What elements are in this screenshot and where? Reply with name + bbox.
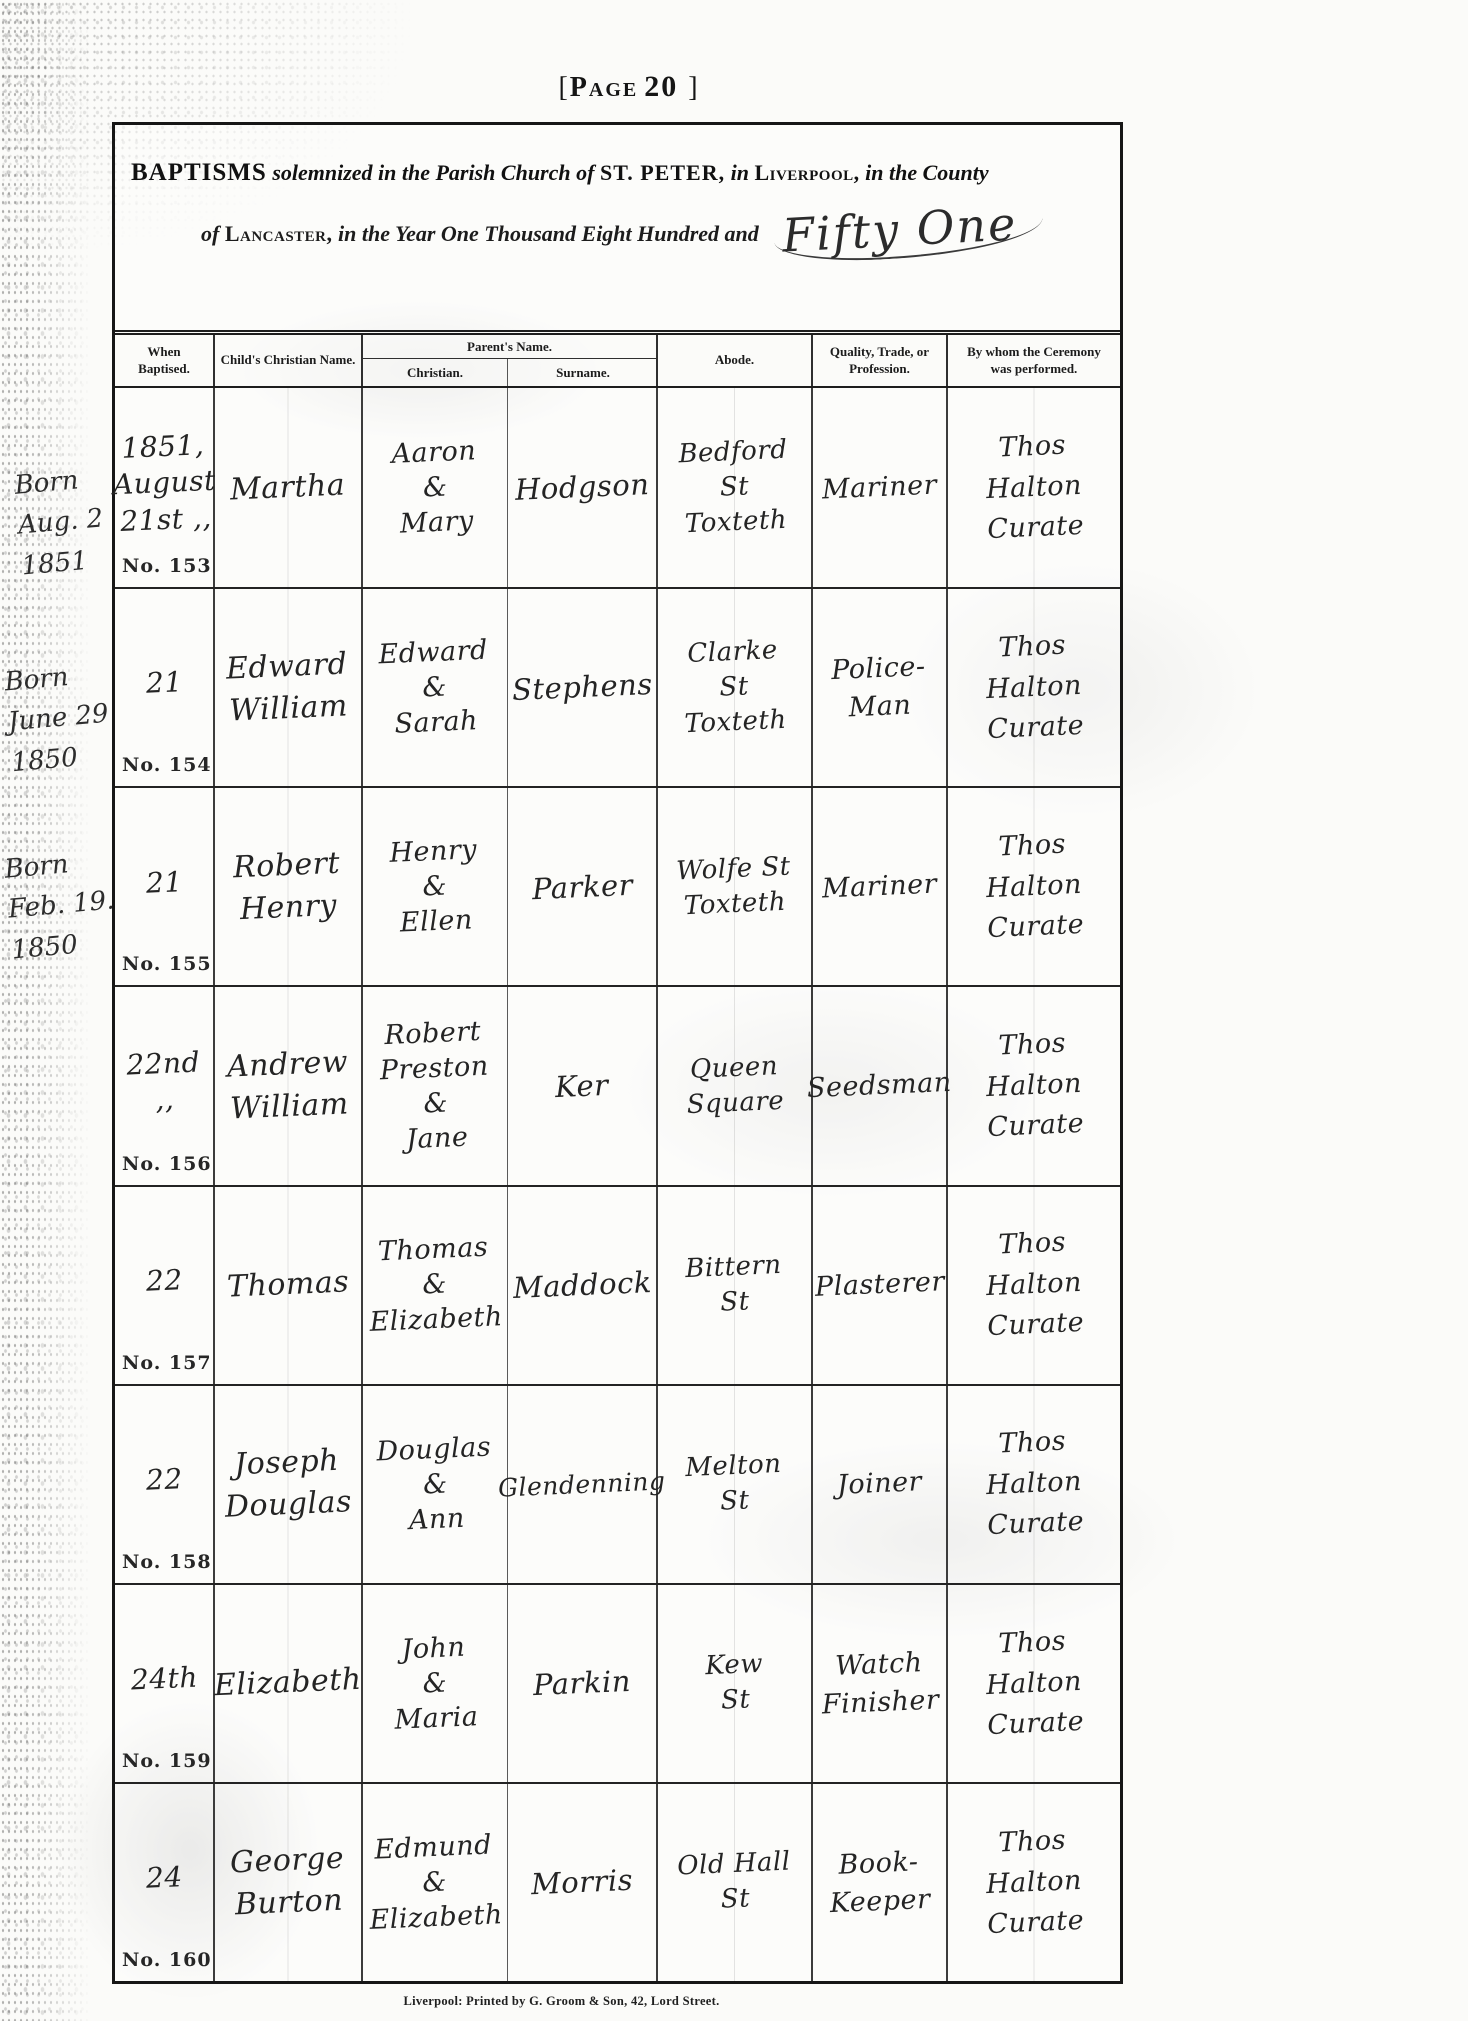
baptism-row-157: 22 No. 157 Thomas Thomas & Elizabeth Mad… — [115, 1185, 1120, 1384]
parent-christian-names: Aaron & Mary — [390, 433, 479, 542]
child-name-cell: Edward William — [215, 589, 363, 786]
surname: Maddock — [512, 1262, 653, 1309]
when-baptised-cell: 21 No. 154 — [115, 589, 215, 786]
officiant: Thos Halton Curate — [948, 623, 1119, 752]
abode-cell: Queen Square — [658, 987, 813, 1184]
baptism-row-156: 22nd ,, No. 156 Andrew William Robert Pr… — [115, 985, 1120, 1184]
baptism-date: 1851, August 21st ,, — [110, 427, 218, 541]
parent-christian-cell: Edward & Sarah — [363, 589, 508, 786]
by-whom-cell: Thos Halton Curate — [948, 1585, 1120, 1782]
parent-christian-names: Edmund & Elizabeth — [366, 1827, 504, 1938]
entry-number: No. 156 — [122, 1153, 212, 1175]
child-name: Edward William — [226, 643, 351, 732]
by-whom-cell: Thos Halton Curate — [948, 987, 1120, 1184]
quality-cell: Mariner — [813, 788, 948, 985]
child-name: George Burton — [229, 1838, 347, 1927]
quality-cell: Mariner — [813, 388, 948, 587]
when-baptised-cell: 22nd ,, No. 156 — [115, 987, 215, 1184]
title-line-1: BAPTISMS solemnized in the Parish Church… — [131, 155, 1106, 190]
child-name-cell: Elizabeth — [215, 1585, 363, 1782]
col-header-by-whom: By whom the Ceremony was performed. — [948, 335, 1120, 386]
entry-number: No. 159 — [122, 1750, 212, 1772]
surname-cell: Parkin — [508, 1585, 658, 1782]
entry-number: No. 158 — [122, 1551, 212, 1573]
abode-cell: Wolfe St Toxteth — [658, 788, 813, 985]
child-name: Thomas — [226, 1261, 350, 1308]
child-name: Martha — [230, 464, 347, 511]
when-baptised-cell: 24th No. 159 — [115, 1585, 215, 1782]
scan-noise-left-edge — [0, 0, 95, 2021]
abode: Queen Square — [684, 1049, 785, 1123]
surname-cell: Maddock — [508, 1187, 658, 1384]
by-whom-cell: Thos Halton Curate — [948, 788, 1120, 985]
col-header-christian: Christian. — [363, 359, 508, 386]
abode: Wolfe St Toxteth — [676, 849, 793, 924]
abode-cell: Bedford St Toxteth — [658, 388, 813, 587]
baptism-row-160: 24 No. 160 George Burton Edmund & Elizab… — [115, 1782, 1120, 1981]
parent-christian-cell: Douglas & Ann — [363, 1386, 508, 1583]
col-header-when-baptised: When Baptised. — [115, 335, 215, 386]
baptism-date: 22nd ,, — [116, 1044, 211, 1121]
col-header-parents-name-group: Parent's Name. Christian. Surname. — [363, 335, 658, 386]
page-label-open-bracket: [ — [558, 72, 569, 103]
when-baptised-cell: 24 No. 160 — [115, 1784, 215, 1981]
abode: Bittern St — [685, 1248, 784, 1322]
col-header-child-name: Child's Christian Name. — [215, 335, 363, 386]
abode-cell: Melton St — [658, 1386, 813, 1583]
officiant: Thos Halton Curate — [948, 822, 1119, 951]
column-headers: When Baptised. Child's Christian Name. P… — [115, 330, 1120, 388]
title-word-baptisms: BAPTISMS — [131, 159, 267, 186]
quality-cell: Book- Keeper — [813, 1784, 948, 1981]
parent-christian-names: Robert Preston & Jane — [363, 1013, 507, 1159]
parent-christian-names: Thomas & Elizabeth — [366, 1230, 504, 1341]
parent-christian-cell: Henry & Ellen — [363, 788, 508, 985]
baptism-date: 24th — [130, 1660, 198, 1699]
scanned-baptism-register-page: [Page20] Born Aug. 2 1851 Born June 29 1… — [0, 0, 1468, 2021]
col-header-abode: Abode. — [658, 335, 813, 386]
surname: Hodgson — [514, 464, 650, 510]
abode-cell: Kew St — [658, 1585, 813, 1782]
child-name-cell: Robert Henry — [215, 788, 363, 985]
by-whom-cell: Thos Halton Curate — [948, 589, 1120, 786]
surname-cell: Hodgson — [508, 388, 658, 587]
quality-cell: Plasterer — [813, 1187, 948, 1384]
entry-number: No. 155 — [122, 953, 212, 975]
parent-christian-cell: Aaron & Mary — [363, 388, 508, 587]
baptism-date: 22 — [145, 1461, 183, 1499]
baptism-register-table: BAPTISMS solemnized in the Parish Church… — [112, 122, 1123, 1984]
surname-cell: Morris — [508, 1784, 658, 1981]
by-whom-cell: Thos Halton Curate — [948, 1187, 1120, 1384]
parent-christian-names: Edward & Sarah — [378, 633, 492, 743]
entry-number: No. 154 — [122, 754, 212, 776]
margin-birth-note: Born Aug. 2 1851 — [13, 459, 108, 587]
child-name: Elizabeth — [213, 1659, 362, 1707]
surname: Morris — [530, 1860, 634, 1905]
title-church-name: ST. PETER, — [600, 160, 725, 185]
quality-cell: Seedsman — [813, 987, 948, 1184]
baptism-row-154: 21 No. 154 Edward William Edward & Sarah… — [115, 587, 1120, 786]
abode: Old Hall St — [676, 1845, 792, 1920]
abode: Melton St — [685, 1447, 784, 1521]
officiant: Thos Halton Curate — [948, 1619, 1119, 1748]
quality-trade: Mariner — [821, 466, 938, 509]
abode-cell: Bittern St — [658, 1187, 813, 1384]
margin-birth-note: Born June 29 1850 — [3, 654, 114, 783]
quality-cell: Joiner — [813, 1386, 948, 1583]
officiant: Thos Halton Curate — [948, 423, 1119, 552]
officiant: Thos Halton Curate — [948, 1022, 1119, 1151]
parent-christian-cell: Robert Preston & Jane — [363, 987, 508, 1184]
by-whom-cell: Thos Halton Curate — [948, 1386, 1120, 1583]
abode: Clarke St Toxteth — [681, 633, 788, 743]
abode-cell: Old Hall St — [658, 1784, 813, 1981]
abode-cell: Clarke St Toxteth — [658, 589, 813, 786]
title-county-name: Lancaster, — [225, 221, 333, 246]
child-name: Andrew William — [226, 1041, 351, 1130]
surname: Ker — [554, 1064, 609, 1107]
by-whom-cell: Thos Halton Curate — [948, 1784, 1120, 1981]
child-name: Robert Henry — [233, 843, 344, 932]
surname-cell: Parker — [508, 788, 658, 985]
officiant: Thos Halton Curate — [948, 1221, 1119, 1350]
quality-trade: Watch Finisher — [819, 1643, 940, 1724]
parent-christian-names: John & Maria — [391, 1629, 479, 1738]
when-baptised-cell: 1851, August 21st ,, No. 153 — [115, 388, 215, 587]
surname: Stephens — [511, 664, 653, 711]
parent-christian-names: Douglas & Ann — [375, 1429, 494, 1539]
title-segment: in the County — [860, 160, 989, 185]
officiant: Thos Halton Curate — [948, 1420, 1119, 1549]
title-line-2: of Lancaster, in the Year One Thousand E… — [131, 198, 1106, 254]
abode: Bedford St Toxteth — [678, 433, 791, 543]
surname-cell: Glendenning — [508, 1386, 658, 1583]
surname: Glendenning — [498, 1463, 667, 1505]
child-name-cell: Andrew William — [215, 987, 363, 1184]
register-title: BAPTISMS solemnized in the Parish Church… — [115, 125, 1120, 330]
when-baptised-cell: 22 No. 158 — [115, 1386, 215, 1583]
baptism-row-155: 21 No. 155 Robert Henry Henry & Ellen Pa… — [115, 786, 1120, 985]
col-header-surname: Surname. — [508, 359, 658, 386]
quality-trade: Seedsman — [806, 1064, 952, 1108]
baptism-row-158: 22 No. 158 Joseph Douglas Douglas & Ann … — [115, 1384, 1120, 1583]
quality-trade: Book- Keeper — [828, 1842, 932, 1922]
quality-cell: Watch Finisher — [813, 1585, 948, 1782]
parents-subheaders: Christian. Surname. — [363, 359, 656, 386]
page-label-close-bracket: ] — [688, 72, 699, 103]
col-header-quality-trade: Quality, Trade, or Profession. — [813, 335, 948, 386]
child-name: Joseph Douglas — [223, 1439, 354, 1528]
baptism-date: 22 — [145, 1262, 183, 1300]
page-label-word: Page — [570, 72, 638, 103]
by-whom-cell: Thos Halton Curate — [948, 388, 1120, 587]
child-name-cell: George Burton — [215, 1784, 363, 1981]
parent-christian-cell: John & Maria — [363, 1585, 508, 1782]
surname: Parker — [531, 864, 634, 909]
page-label: [Page20] — [0, 70, 1258, 104]
quality-trade: Police- Man — [831, 648, 929, 728]
title-town-name: Liverpool, — [754, 160, 859, 185]
surname-cell: Ker — [508, 987, 658, 1184]
baptism-date: 24 — [145, 1859, 183, 1897]
title-segment: in the Year One Thousand Eight Hundred a… — [333, 221, 765, 246]
parent-christian-cell: Edmund & Elizabeth — [363, 1784, 508, 1981]
child-name-cell: Martha — [215, 388, 363, 587]
baptism-date: 21 — [145, 864, 183, 902]
parent-christian-cell: Thomas & Elizabeth — [363, 1187, 508, 1384]
title-segment: in — [725, 160, 754, 185]
handwritten-year: Fifty One — [773, 195, 1045, 265]
quality-trade: Joiner — [836, 1463, 923, 1504]
when-baptised-cell: 21 No. 155 — [115, 788, 215, 985]
abode: Kew St — [704, 1647, 765, 1720]
margin-birth-note: Born Feb. 19. 1850 — [3, 841, 120, 971]
child-name-cell: Joseph Douglas — [215, 1386, 363, 1583]
page-number: 20 — [638, 70, 688, 103]
child-name-cell: Thomas — [215, 1187, 363, 1384]
quality-cell: Police- Man — [813, 589, 948, 786]
baptism-date: 21 — [145, 665, 183, 703]
baptism-row-153: 1851, August 21st ,, No. 153 Martha Aaro… — [115, 388, 1120, 587]
printer-imprint: Liverpool: Printed by G. Groom & Son, 42… — [0, 1994, 1123, 2009]
parent-christian-names: Henry & Ellen — [389, 832, 481, 941]
quality-trade: Mariner — [821, 865, 938, 908]
when-baptised-cell: 22 No. 157 — [115, 1187, 215, 1384]
quality-trade: Plasterer — [814, 1263, 945, 1306]
register-rows: 1851, August 21st ,, No. 153 Martha Aaro… — [115, 388, 1120, 1981]
title-segment: of — [201, 221, 225, 246]
officiant: Thos Halton Curate — [948, 1818, 1119, 1947]
entry-number: No. 153 — [122, 555, 212, 577]
col-header-parents-name: Parent's Name. — [363, 335, 656, 359]
baptism-row-159: 24th No. 159 Elizabeth John & Maria Park… — [115, 1583, 1120, 1782]
surname: Parkin — [532, 1661, 632, 1706]
entry-number: No. 160 — [122, 1949, 212, 1971]
surname-cell: Stephens — [508, 589, 658, 786]
entry-number: No. 157 — [122, 1352, 212, 1374]
title-segment: solemnized in the Parish Church of — [267, 160, 600, 185]
